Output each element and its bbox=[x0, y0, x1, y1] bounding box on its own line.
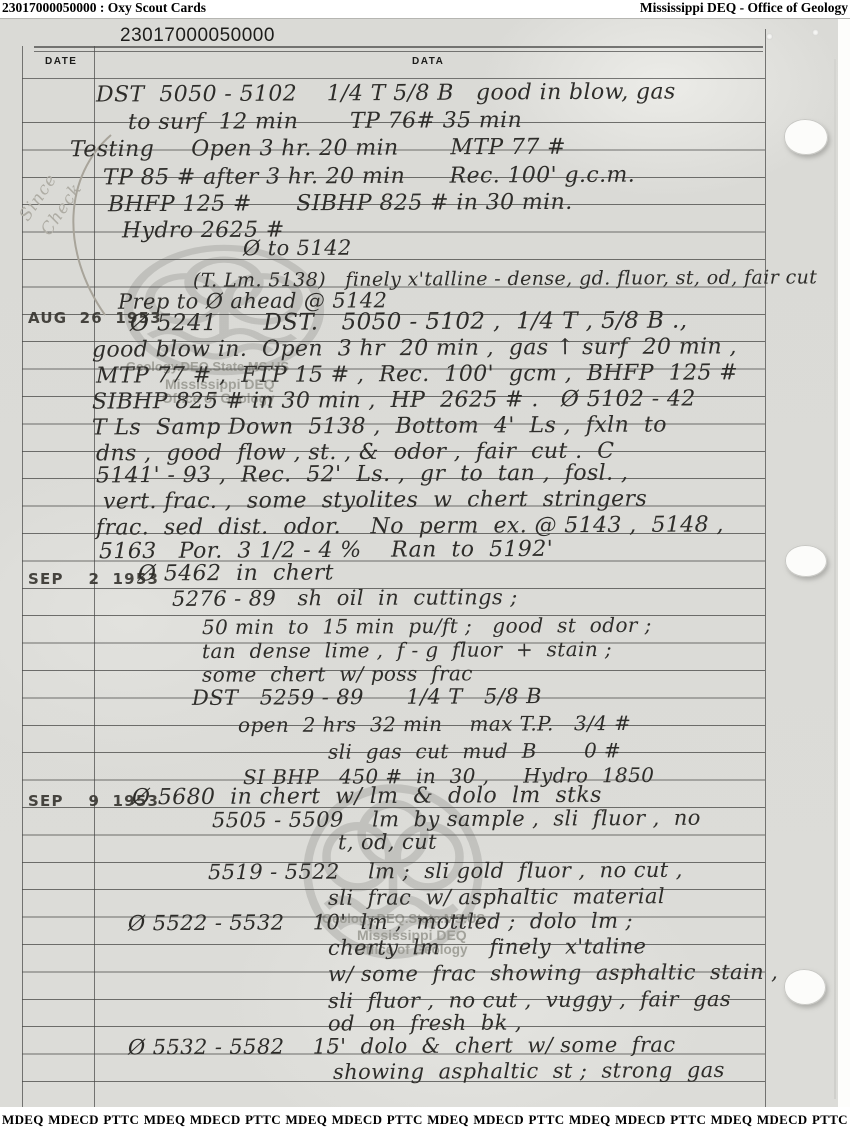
footer-word: PTTC bbox=[812, 1112, 848, 1128]
punch-hole bbox=[784, 969, 826, 1005]
footer-word: PTTC bbox=[529, 1112, 565, 1128]
date-column-header: DATE bbox=[45, 56, 77, 67]
footer-word: MDEQ bbox=[569, 1112, 611, 1128]
handwriting-line: sli frac w/ asphaltic material bbox=[328, 886, 665, 909]
viewer-footer: MDEQ MDECD PTTC MDEQ MDECD PTTC MDEQ MDE… bbox=[0, 1107, 850, 1133]
handwriting-line: sli fluor , no cut , vuggy , fair gas bbox=[328, 989, 731, 1012]
scout-card-page: 23017000050000 : Oxy Scout Cards Mississ… bbox=[0, 0, 850, 1133]
handwriting-line: MTP 77 # , FTP 15 # , Rec. 100' gcm , BH… bbox=[96, 362, 738, 387]
top-rule-1 bbox=[34, 46, 763, 48]
scanned-card: Geology.DEQ.State.MS.US Mississippi DEQ … bbox=[0, 18, 850, 1108]
data-column-header: DATA bbox=[412, 56, 444, 67]
handwriting-line: Ø 5532 - 5582 15' dolo & chert w/ some f… bbox=[128, 1035, 676, 1059]
footer-word: PTTC bbox=[387, 1112, 423, 1128]
punch-hole bbox=[785, 545, 827, 577]
footer-word: MDECD bbox=[757, 1112, 808, 1128]
right-border bbox=[765, 29, 766, 1121]
handwriting-line: (T. Lm. 5138) finely x'talline - dense, … bbox=[193, 268, 817, 290]
handwriting-line: DST 5259 - 89 1/4 T 5/8 B bbox=[192, 686, 542, 709]
handwriting-line: DST 5050 - 5102 1/4 T 5/8 B good in blow… bbox=[96, 81, 676, 106]
handwriting-line: open 2 hrs 32 min max T.P. 3/4 # bbox=[238, 713, 631, 735]
handwriting-line: t, od, cut bbox=[338, 832, 437, 854]
footer-word: MDECD bbox=[615, 1112, 666, 1128]
footer-word: MDEQ bbox=[285, 1112, 327, 1128]
handwriting-line: Ø 5680 in chert w/ lm & dolo lm stks bbox=[132, 785, 602, 809]
scan-edge bbox=[838, 19, 850, 1108]
handwriting-line: od on fresh bk , bbox=[328, 1012, 522, 1034]
handwriting-line: T Ls Samp Down 5138 , Bottom 4' Ls , fxl… bbox=[92, 414, 667, 439]
handwriting-line: Ø 5241 DST. 5050 - 5102 , 1/4 T , 5/8 B … bbox=[130, 310, 688, 336]
viewer-header: 23017000050000 : Oxy Scout Cards Mississ… bbox=[0, 0, 850, 18]
document-id-title: 23017000050000 : Oxy Scout Cards bbox=[2, 0, 206, 16]
handwriting-line: Ø to 5142 bbox=[243, 238, 352, 260]
handwriting-line: sli gas cut mud B 0 # bbox=[328, 740, 621, 762]
handwriting-line: SIBHP 825 # in 30 min , HP 2625 # . Ø 51… bbox=[92, 388, 696, 413]
handwriting-line: vert. frac. , some styolites w chert str… bbox=[103, 489, 647, 514]
handwriting-line: 5505 - 5509 lm by sample , sli fluor , n… bbox=[212, 808, 701, 832]
handwriting-line: tan dense lime , f - g fluor + stain ; bbox=[202, 639, 612, 661]
handwriting-line: Ø 5522 - 5532 10' lm , mottled ; dolo lm… bbox=[128, 911, 633, 935]
handwriting-line: Ø 5462 in chert bbox=[138, 562, 334, 585]
footer-word: MDEQ bbox=[427, 1112, 469, 1128]
footer-word: MDECD bbox=[473, 1112, 524, 1128]
paper-crease bbox=[834, 59, 836, 1099]
handwriting-line: 5519 - 5522 lm ; sli gold fluor , no cut… bbox=[208, 860, 683, 883]
footer-word: MDEQ bbox=[144, 1112, 186, 1128]
footer-word: MDEQ bbox=[2, 1112, 44, 1128]
handwriting-line: 50 min to 15 min pu/ft ; good st odor ; bbox=[202, 615, 652, 637]
handwriting-line: 5276 - 89 sh oil in cuttings ; bbox=[172, 587, 518, 610]
handwriting-line: cherty lm finely x'taline bbox=[328, 936, 646, 959]
handwriting-line: BHFP 125 # SIBHP 825 # in 30 min. bbox=[108, 192, 573, 216]
handwriting-line: 5141' - 93 , Rec. 52' Ls. , gr to tan , … bbox=[96, 463, 628, 488]
handwriting-line: showing asphaltic st ; strong gas bbox=[333, 1060, 725, 1083]
footer-word: MDECD bbox=[190, 1112, 241, 1128]
staple-hole bbox=[766, 33, 773, 40]
top-rule-2 bbox=[34, 51, 763, 52]
footer-word: PTTC bbox=[245, 1112, 281, 1128]
agency-title: Mississippi DEQ - Office of Geology bbox=[640, 0, 848, 16]
card-number: 23017000050000 bbox=[120, 25, 275, 47]
footer-word: PTTC bbox=[103, 1112, 139, 1128]
footer-word: MDECD bbox=[48, 1112, 99, 1128]
footer-word: PTTC bbox=[670, 1112, 706, 1128]
footer-word: MDEQ bbox=[711, 1112, 753, 1128]
footer-word: MDECD bbox=[332, 1112, 383, 1128]
handwriting-line: w/ some frac showing asphaltic stain , bbox=[328, 962, 778, 985]
handwriting-line: good blow in. Open 3 hr 20 min , gas ↑ s… bbox=[92, 336, 737, 361]
handwriting-line: frac. sed dist. odor. No perm ex. @ 5143… bbox=[96, 514, 724, 539]
handwriting-line: to surf 12 min TP 76# 35 min bbox=[128, 110, 522, 134]
handwriting-line: some chert w/ poss frac bbox=[202, 663, 473, 684]
handwriting-line: Testing Open 3 hr. 20 min MTP 77 # bbox=[70, 137, 566, 162]
handwriting-line: TP 85 # after 3 hr. 20 min Rec. 100' g.c… bbox=[103, 165, 635, 190]
punch-hole bbox=[784, 119, 828, 155]
staple-hole bbox=[812, 29, 819, 36]
